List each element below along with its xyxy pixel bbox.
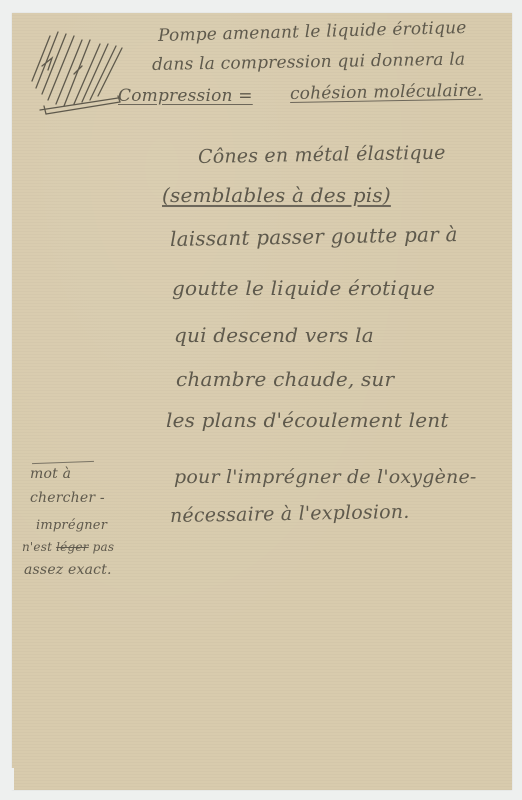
margin-line-4b: pas [93, 540, 115, 554]
main-line-2: (semblables à des pis) [162, 183, 391, 207]
main-line-9: nécessaire à l'explosion. [170, 501, 410, 527]
main-line-3: laissant passer goutte par à [170, 222, 458, 251]
margin-line-4a: n'est [22, 540, 52, 554]
margin-line-5: assez exact. [24, 562, 112, 578]
paper-notch [8, 768, 14, 790]
pump-sketch-icon [22, 26, 132, 116]
margin-struck-word: léger [56, 540, 88, 554]
heading-line-3-left: Compression = [118, 86, 253, 106]
heading-line-3-right: cohésion moléculaire. [290, 81, 483, 104]
margin-line-2: chercher - [30, 490, 105, 506]
main-line-5: qui descend vers la [174, 323, 374, 347]
manuscript-page [12, 13, 512, 790]
main-line-4: goutte le liquide érotique [172, 276, 435, 300]
margin-line-4: n'est léger pas [22, 540, 114, 554]
margin-line-3: imprégner [36, 518, 107, 533]
margin-line-1: mot à [30, 466, 71, 482]
main-line-6: chambre chaude, sur [176, 367, 394, 391]
main-line-7: les plans d'écoulement lent [166, 408, 449, 432]
main-line-1: Cônes en métal élastique [198, 142, 446, 168]
main-line-8: pour l'imprégner de l'oxygène- [174, 466, 477, 488]
